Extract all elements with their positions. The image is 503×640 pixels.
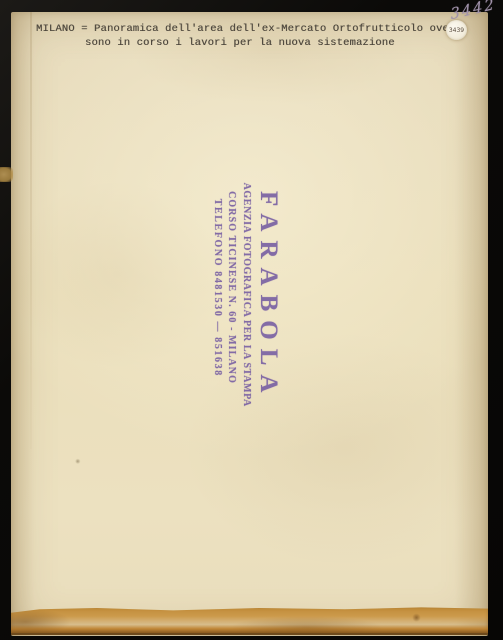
stamp-line-agency: AGENZIA FOTOGRAFICA PER LA STAMPA — [239, 182, 254, 392]
agency-stamp: FARABOLA AGENZIA FOTOGRAFICA PER LA STAM… — [199, 182, 283, 392]
tape-strip — [11, 605, 488, 635]
caption-line-1: MILANO = Panoramica dell'area dell'ex-Me… — [36, 22, 449, 36]
left-edge-mark — [0, 167, 13, 182]
stamp-line-telephone: TELEFONO 8481530 — 851638 — [210, 182, 225, 392]
stamp-agency-name: FARABOLA — [253, 182, 283, 392]
sticker-number: 3439 — [449, 27, 464, 34]
paper-crease — [30, 12, 32, 449]
archive-sticker: 3439 — [446, 20, 467, 40]
photo-verso-paper: MILANO = Panoramica dell'area dell'ex-Me… — [11, 12, 488, 636]
caption-line-2: sono in corso i lavori per la nuova sist… — [85, 36, 449, 50]
stamp-line-address: CORSO TICINESE N. 60 - MILANO — [224, 182, 239, 392]
typed-caption: MILANO = Panoramica dell'area dell'ex-Me… — [36, 22, 449, 50]
photo-back-scan: MILANO = Panoramica dell'area dell'ex-Me… — [0, 0, 503, 640]
